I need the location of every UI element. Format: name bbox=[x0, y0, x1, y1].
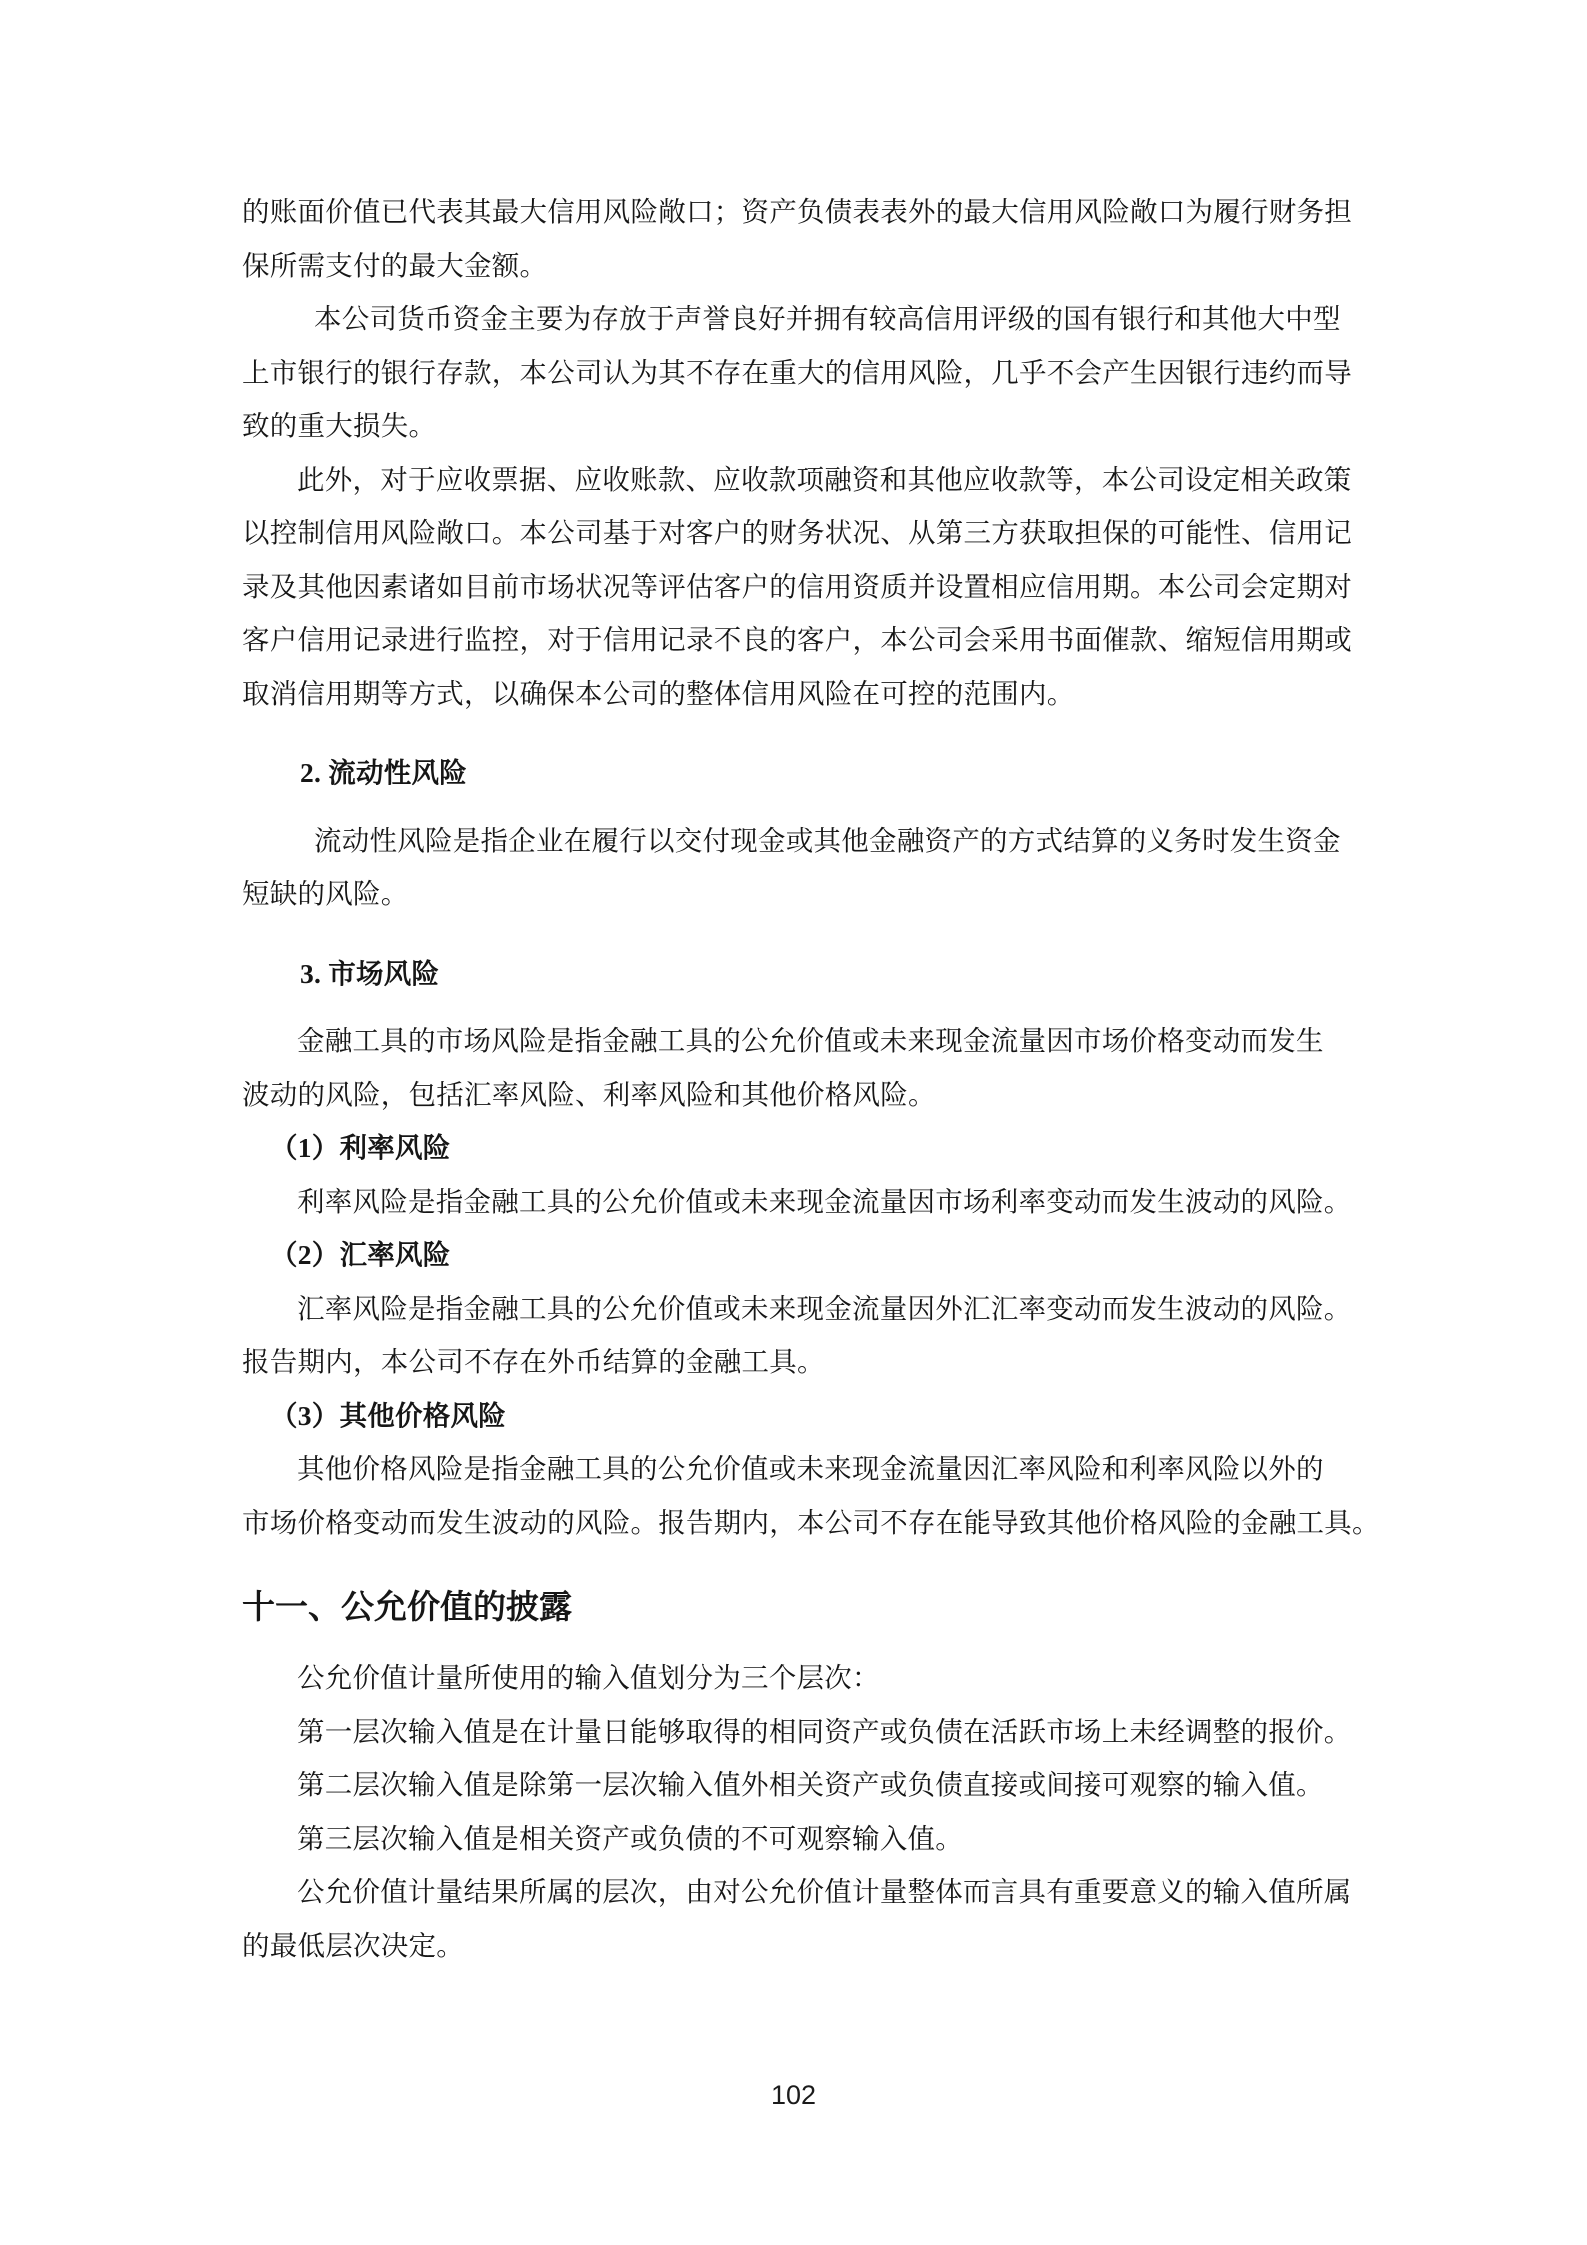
document-page: { "page": { "background_color": "#ffffff… bbox=[0, 0, 1587, 2245]
paragraph-market-risk: 金融工具的市场风险是指金融工具的公允价值或未来现金流量因市场价格变动而发生 波动… bbox=[242, 1014, 1357, 1121]
document-body: 的账面价值已代表其最大信用风险敞口；资产负债表表外的最大信用风险敞口为履行财务担… bbox=[242, 185, 1357, 1972]
heading-fair-value-disclosure: 十一、公允价值的披露 bbox=[242, 1577, 1357, 1639]
paragraph-exchange-rate-risk: 汇率风险是指金融工具的公允价值或未来现金流量因外汇汇率变动而发生波动的风险。 报… bbox=[242, 1282, 1357, 1389]
paragraph-receivables-policy: 此外，对于应收票据、应收账款、应收款项融资和其他应收款等，本公司设定相关政策 以… bbox=[242, 453, 1357, 721]
paragraph-level-3: 第三层次输入值是相关资产或负债的不可观察输入值。 bbox=[242, 1812, 1357, 1866]
paragraph-level-2: 第二层次输入值是除第一层次输入值外相关资产或负债直接或间接可观察的输入值。 bbox=[242, 1758, 1357, 1812]
paragraph-liquidity-risk: 流动性风险是指企业在履行以交付现金或其他金融资产的方式结算的义务时发生资金 短缺… bbox=[242, 814, 1357, 921]
heading-interest-rate-risk: （1）利率风险 bbox=[242, 1121, 1357, 1175]
heading-other-price-risk: （3）其他价格风险 bbox=[242, 1389, 1357, 1443]
heading-market-risk: 3. 市场风险 bbox=[242, 947, 1357, 1001]
heading-exchange-rate-risk: （2）汇率风险 bbox=[242, 1228, 1357, 1282]
paragraph-level-determination: 公允价值计量结果所属的层次，由对公允价值计量整体而言具有重要意义的输入值所属 的… bbox=[242, 1865, 1357, 1972]
paragraph-credit-risk-continuation: 的账面价值已代表其最大信用风险敞口；资产负债表表外的最大信用风险敞口为履行财务担… bbox=[242, 185, 1357, 292]
paragraph-level-1: 第一层次输入值是在计量日能够取得的相同资产或负债在活跃市场上未经调整的报价。 bbox=[242, 1705, 1357, 1759]
paragraph-fair-value-levels-intro: 公允价值计量所使用的输入值划分为三个层次： bbox=[242, 1651, 1357, 1705]
paragraph-other-price-risk: 其他价格风险是指金融工具的公允价值或未来现金流量因汇率风险和利率风险以外的 市场… bbox=[242, 1442, 1357, 1549]
page-number: 102 bbox=[0, 2080, 1587, 2111]
paragraph-monetary-funds: 本公司货币资金主要为存放于声誉良好并拥有较高信用评级的国有银行和其他大中型 上市… bbox=[242, 292, 1357, 453]
paragraph-interest-rate-risk: 利率风险是指金融工具的公允价值或未来现金流量因市场利率变动而发生波动的风险。 bbox=[242, 1175, 1357, 1229]
heading-liquidity-risk: 2. 流动性风险 bbox=[242, 746, 1357, 800]
